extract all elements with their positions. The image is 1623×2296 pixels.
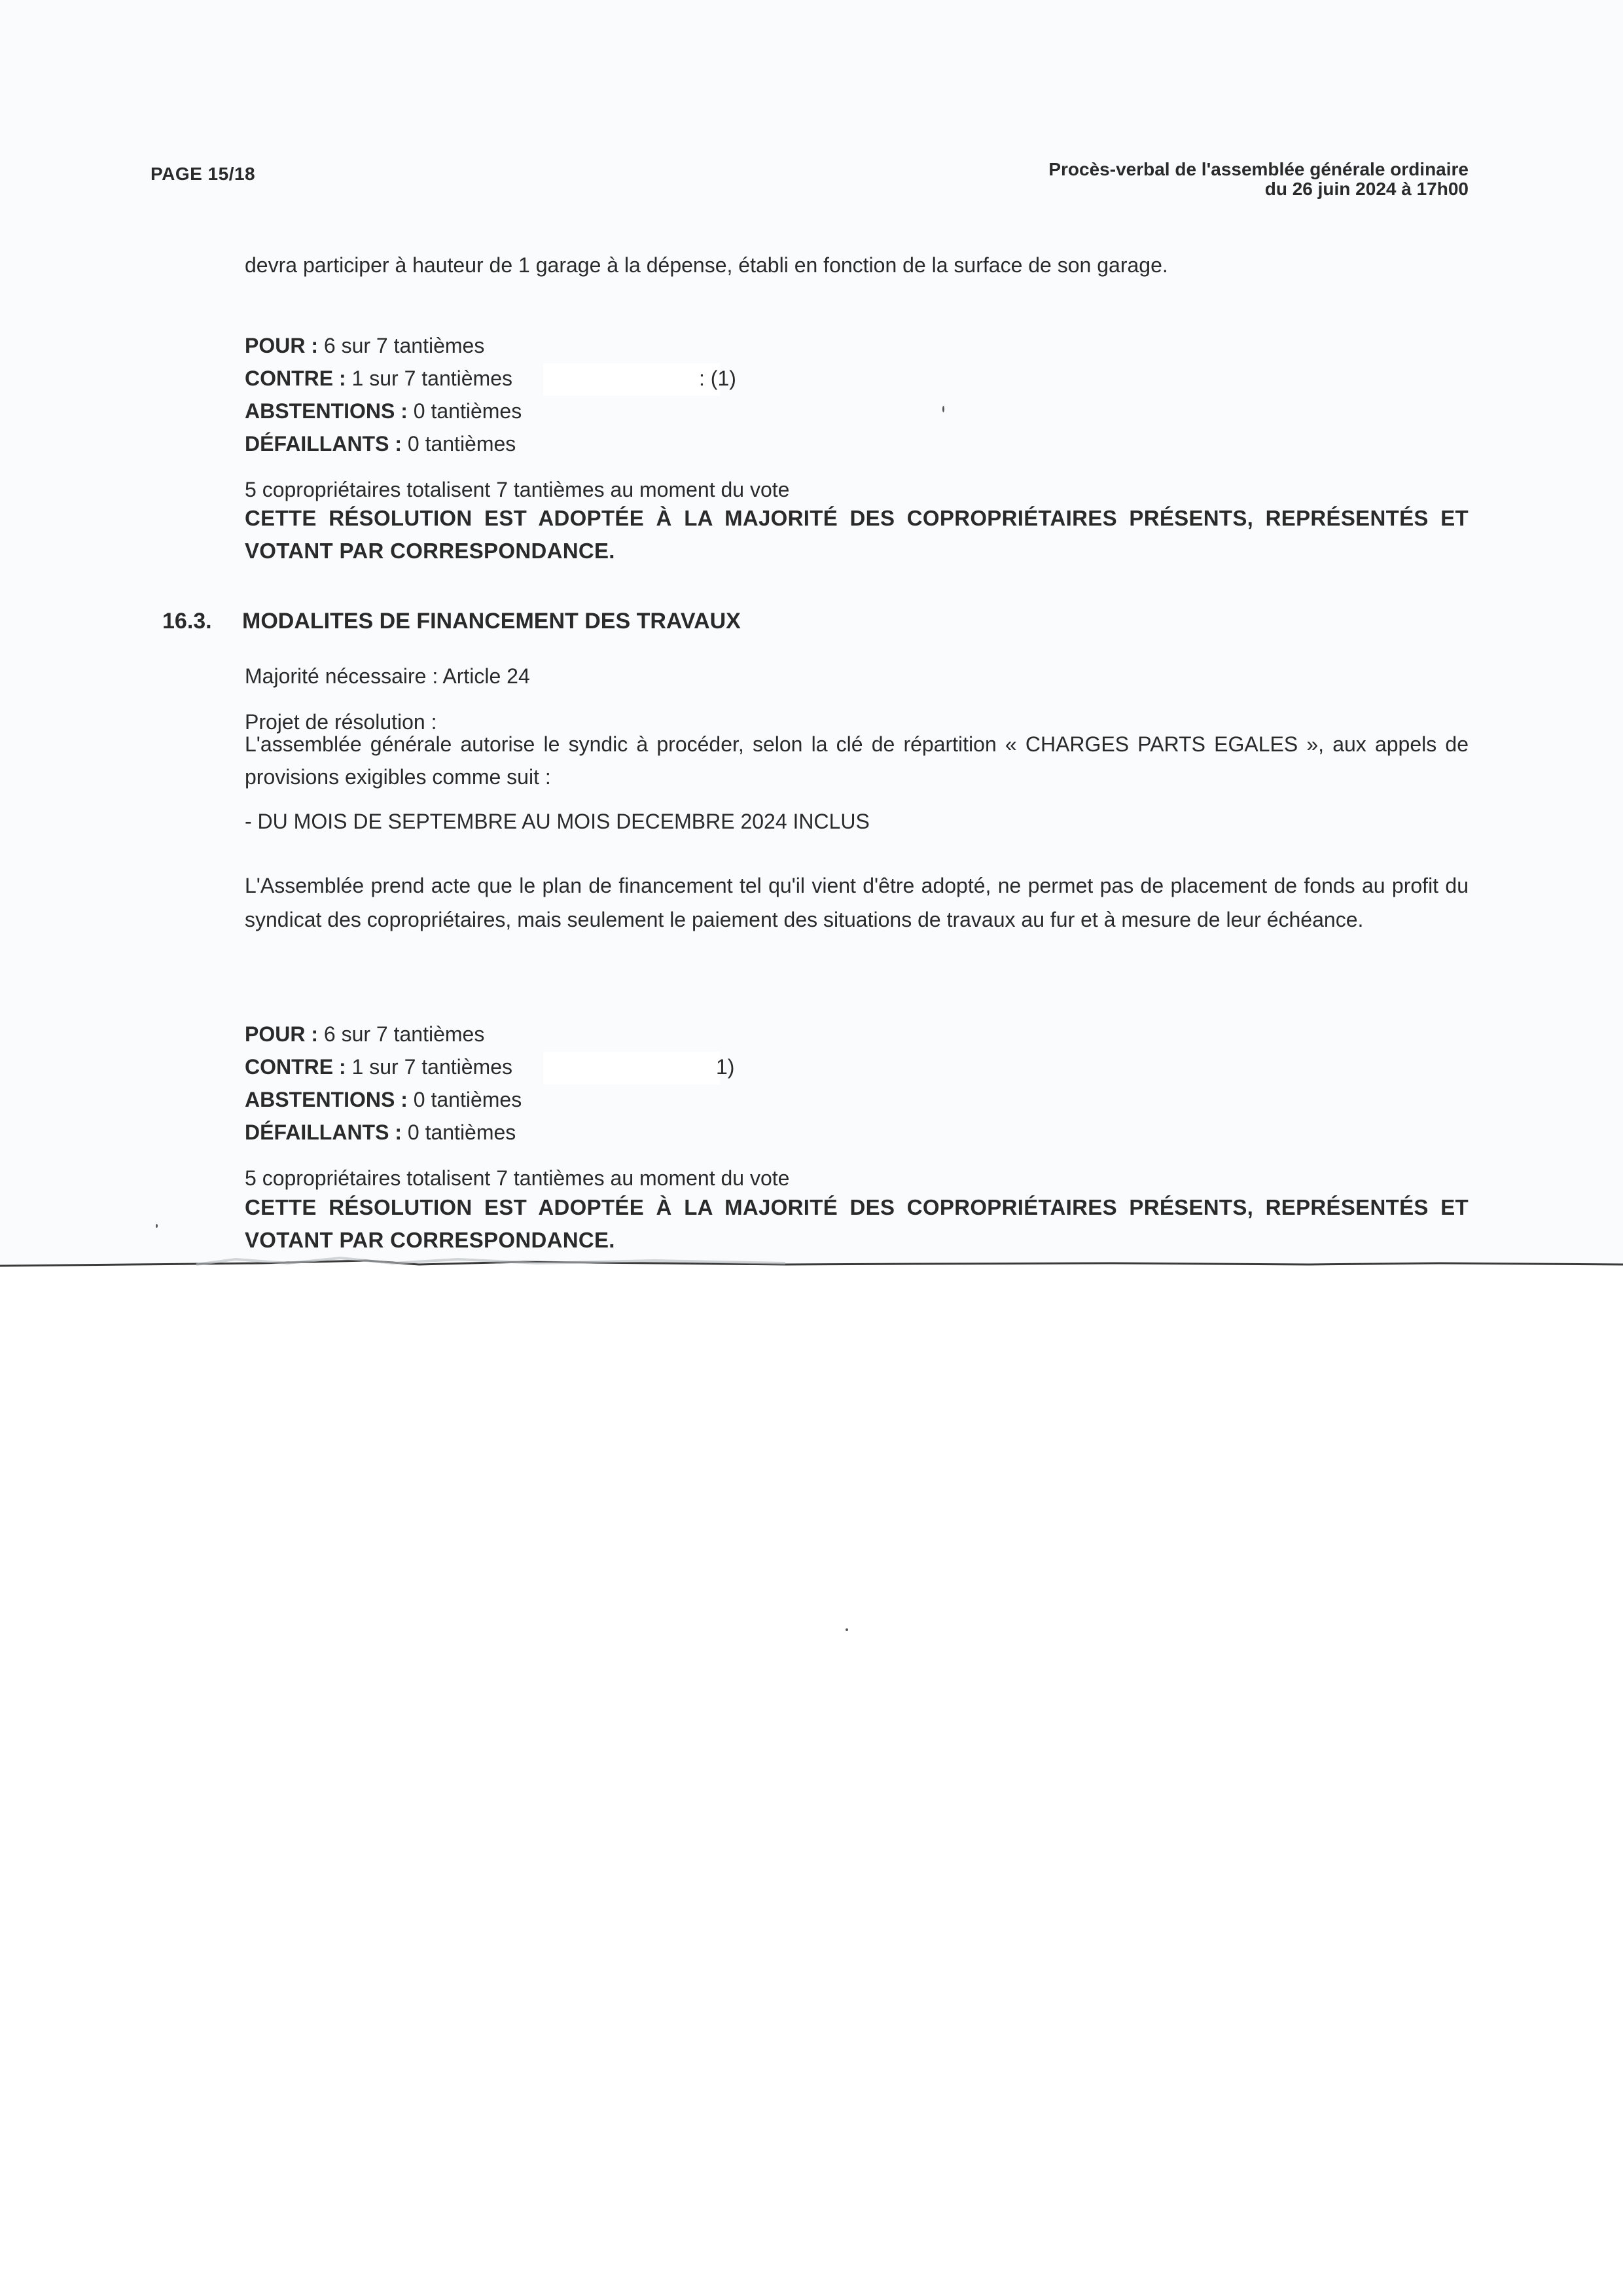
vote-contre-label: CONTRE : xyxy=(245,1055,346,1079)
vote-contre: CONTRE : 1 sur 7 tantièmes xyxy=(245,367,512,391)
vote-pour-label: POUR : xyxy=(245,334,318,357)
vote-defaillants-label: DÉFAILLANTS : xyxy=(245,1121,402,1144)
vote-contre-footnote: : (1) xyxy=(699,367,736,391)
vote-contre-footnote: 1) xyxy=(716,1055,734,1079)
vote-pour-value: 6 sur 7 tantièmes xyxy=(318,334,484,357)
vote-pour-value: 6 sur 7 tantièmes xyxy=(318,1022,484,1046)
vote-defaillants-value: 0 tantièmes xyxy=(402,432,516,456)
vote-pour: POUR : 6 sur 7 tantièmes xyxy=(245,1022,484,1047)
vote-abstentions-value: 0 tantièmes xyxy=(408,1088,522,1111)
vote-total: 5 copropriétaires totalisent 7 tantièmes… xyxy=(245,478,789,502)
scan-speck xyxy=(942,406,944,412)
document-title: Procès-verbal de l'assemblée générale or… xyxy=(1048,160,1469,179)
vote-pour: POUR : 6 sur 7 tantièmes xyxy=(245,334,484,358)
vote-defaillants: DÉFAILLANTS : 0 tantièmes xyxy=(245,1121,516,1145)
vote-abstentions: ABSTENTIONS : 0 tantièmes xyxy=(245,399,522,423)
majority-required: Majorité nécessaire : Article 24 xyxy=(245,664,530,689)
vote-abstentions-value: 0 tantièmes xyxy=(408,399,522,423)
document-header: Procès-verbal de l'assemblée générale or… xyxy=(1048,160,1469,199)
financing-note: L'Assemblée prend acte que le plan de fi… xyxy=(245,869,1469,937)
vote-pour-label: POUR : xyxy=(245,1022,318,1046)
vote-contre-value: 1 sur 7 tantièmes xyxy=(346,1055,512,1079)
section-number: 16.3. xyxy=(162,609,212,634)
page-number: PAGE 15/18 xyxy=(151,164,255,185)
intro-paragraph: devra participer à hauteur de 1 garage à… xyxy=(245,249,1469,281)
scanned-page: PAGE 15/18 Procès-verbal de l'assemblée … xyxy=(0,0,1623,1270)
vote-contre: CONTRE : 1 sur 7 tantièmes xyxy=(245,1055,512,1079)
section-title: MODALITES DE FINANCEMENT DES TRAVAUX xyxy=(242,609,741,634)
draft-resolution-text: L'assemblée générale autorise le syndic … xyxy=(245,728,1469,793)
vote-total: 5 copropriétaires totalisent 7 tantièmes… xyxy=(245,1166,789,1191)
vote-abstentions-label: ABSTENTIONS : xyxy=(245,399,408,423)
provision-period: - DU MOIS DE SEPTEMBRE AU MOIS DECEMBRE … xyxy=(245,810,870,834)
vote-defaillants-label: DÉFAILLANTS : xyxy=(245,432,402,456)
vote-abstentions: ABSTENTIONS : 0 tantièmes xyxy=(245,1088,522,1112)
vote-abstentions-label: ABSTENTIONS : xyxy=(245,1088,408,1111)
torn-paper-edge xyxy=(0,1255,1623,1271)
scan-speck xyxy=(846,1628,848,1631)
vote-defaillants-value: 0 tantièmes xyxy=(402,1121,516,1144)
redaction-box xyxy=(543,363,720,396)
resolution-result: CETTE RÉSOLUTION EST ADOPTÉE À LA MAJORI… xyxy=(245,502,1469,567)
vote-contre-label: CONTRE : xyxy=(245,367,346,390)
redaction-box xyxy=(543,1052,720,1085)
scan-speck xyxy=(156,1224,158,1228)
resolution-result: CETTE RÉSOLUTION EST ADOPTÉE À LA MAJORI… xyxy=(245,1191,1469,1257)
vote-contre-value: 1 sur 7 tantièmes xyxy=(346,367,512,390)
document-date: du 26 juin 2024 à 17h00 xyxy=(1048,179,1469,199)
vote-defaillants: DÉFAILLANTS : 0 tantièmes xyxy=(245,432,516,456)
